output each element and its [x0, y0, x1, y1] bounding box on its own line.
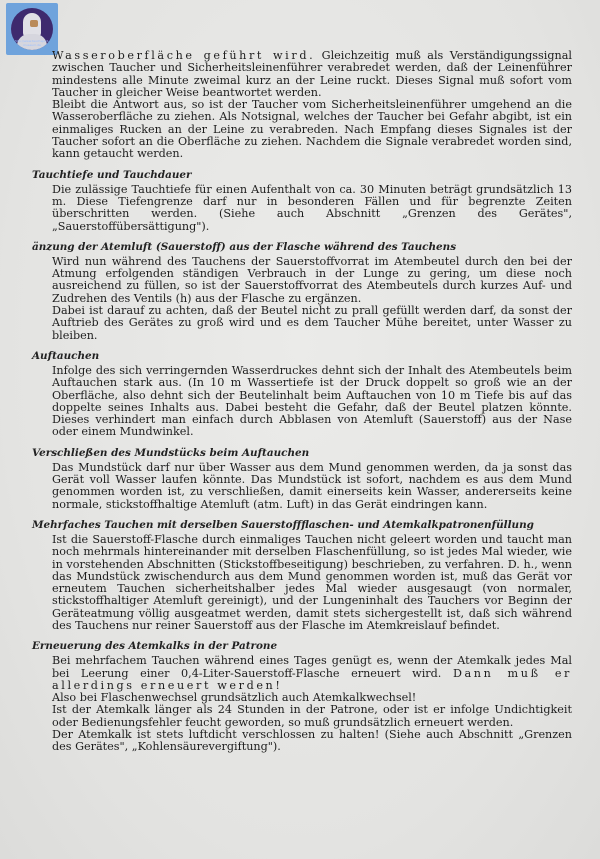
- section-heading: änzung der Atemluft (Sauerstoff) aus der…: [32, 241, 572, 254]
- logo-caption: http://www.tauchsport-museum.de: [11, 39, 53, 47]
- section-paragraph: Infolge des sich verringernden Wasserdru…: [52, 365, 572, 439]
- atemkalk-paragraph-1: Bei mehrfachem Tauchen während eines Tag…: [52, 655, 572, 692]
- section-paragraph: Das Mundstück darf nur über Wasser aus d…: [52, 462, 572, 511]
- section-paragraph: Ist die Sauerstoff-Flasche durch einmali…: [52, 534, 572, 632]
- section-heading: Auftauchen: [32, 350, 572, 363]
- intro-paragraph-1: Wasseroberfläche geführt wird. Gleichzei…: [52, 50, 572, 99]
- atemkalk-paragraph-4: Der Atemkalk ist stets luftdicht verschl…: [52, 729, 572, 754]
- museum-logo: http://www.tauchsport-museum.de: [6, 3, 58, 55]
- atemkalk-paragraph-3: Ist der Atemkalk länger als 24 Stunden i…: [52, 704, 572, 729]
- section-heading: Mehrfaches Tauchen mit derselben Sauerst…: [32, 519, 572, 532]
- diver-helmet-logo-icon: http://www.tauchsport-museum.de: [11, 8, 53, 50]
- intro-paragraph-2: Bleibt die Antwort aus, so ist der Tauch…: [52, 99, 572, 160]
- section-paragraph: Wird nun während des Tauchens der Sauers…: [52, 256, 572, 305]
- visor-shape: [30, 20, 38, 27]
- section-heading: Tauchtiefe und Tauchdauer: [32, 169, 572, 182]
- section-heading-atemkalk: Erneuerung des Atemkalks in der Patrone: [32, 640, 572, 653]
- section-heading: Verschließen des Mundstücks beim Auftauc…: [32, 447, 572, 460]
- section-paragraph: Die zulässige Tauchtiefe für einen Aufen…: [52, 184, 572, 233]
- emphasized-text: Wasseroberfläche geführt wird.: [52, 49, 315, 62]
- section-paragraph: Dabei ist darauf zu achten, daß der Beut…: [52, 305, 572, 342]
- sections: Tauchtiefe und TauchdauerDie zulässige T…: [32, 169, 572, 633]
- document-page: Wasseroberfläche geführt wird. Gleichzei…: [32, 50, 572, 754]
